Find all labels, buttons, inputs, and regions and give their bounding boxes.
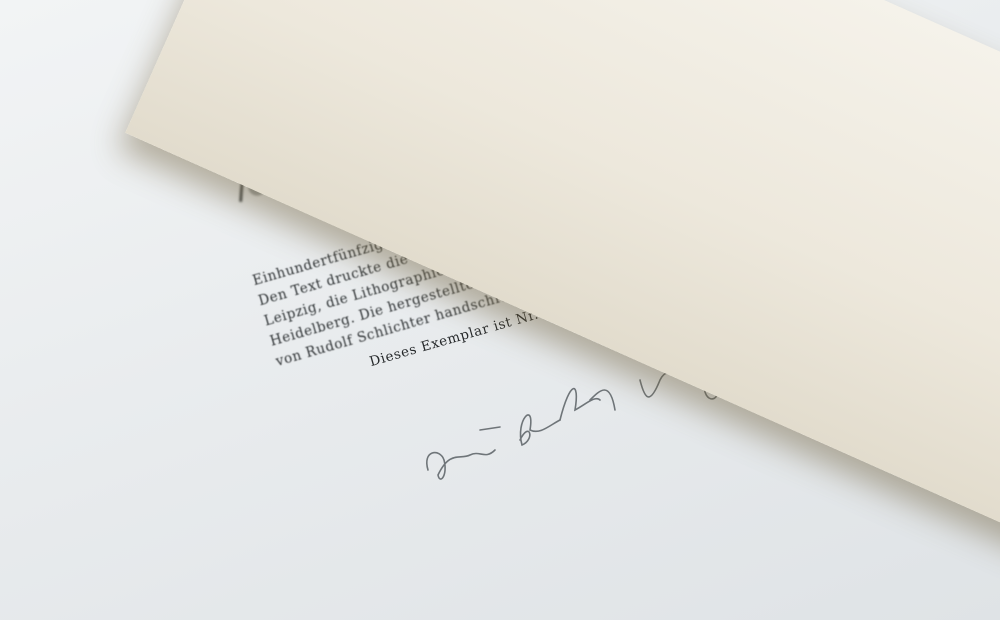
colophon-page: DIE REISE DES ASSESSORS ... DER bbox=[0, 0, 1000, 620]
